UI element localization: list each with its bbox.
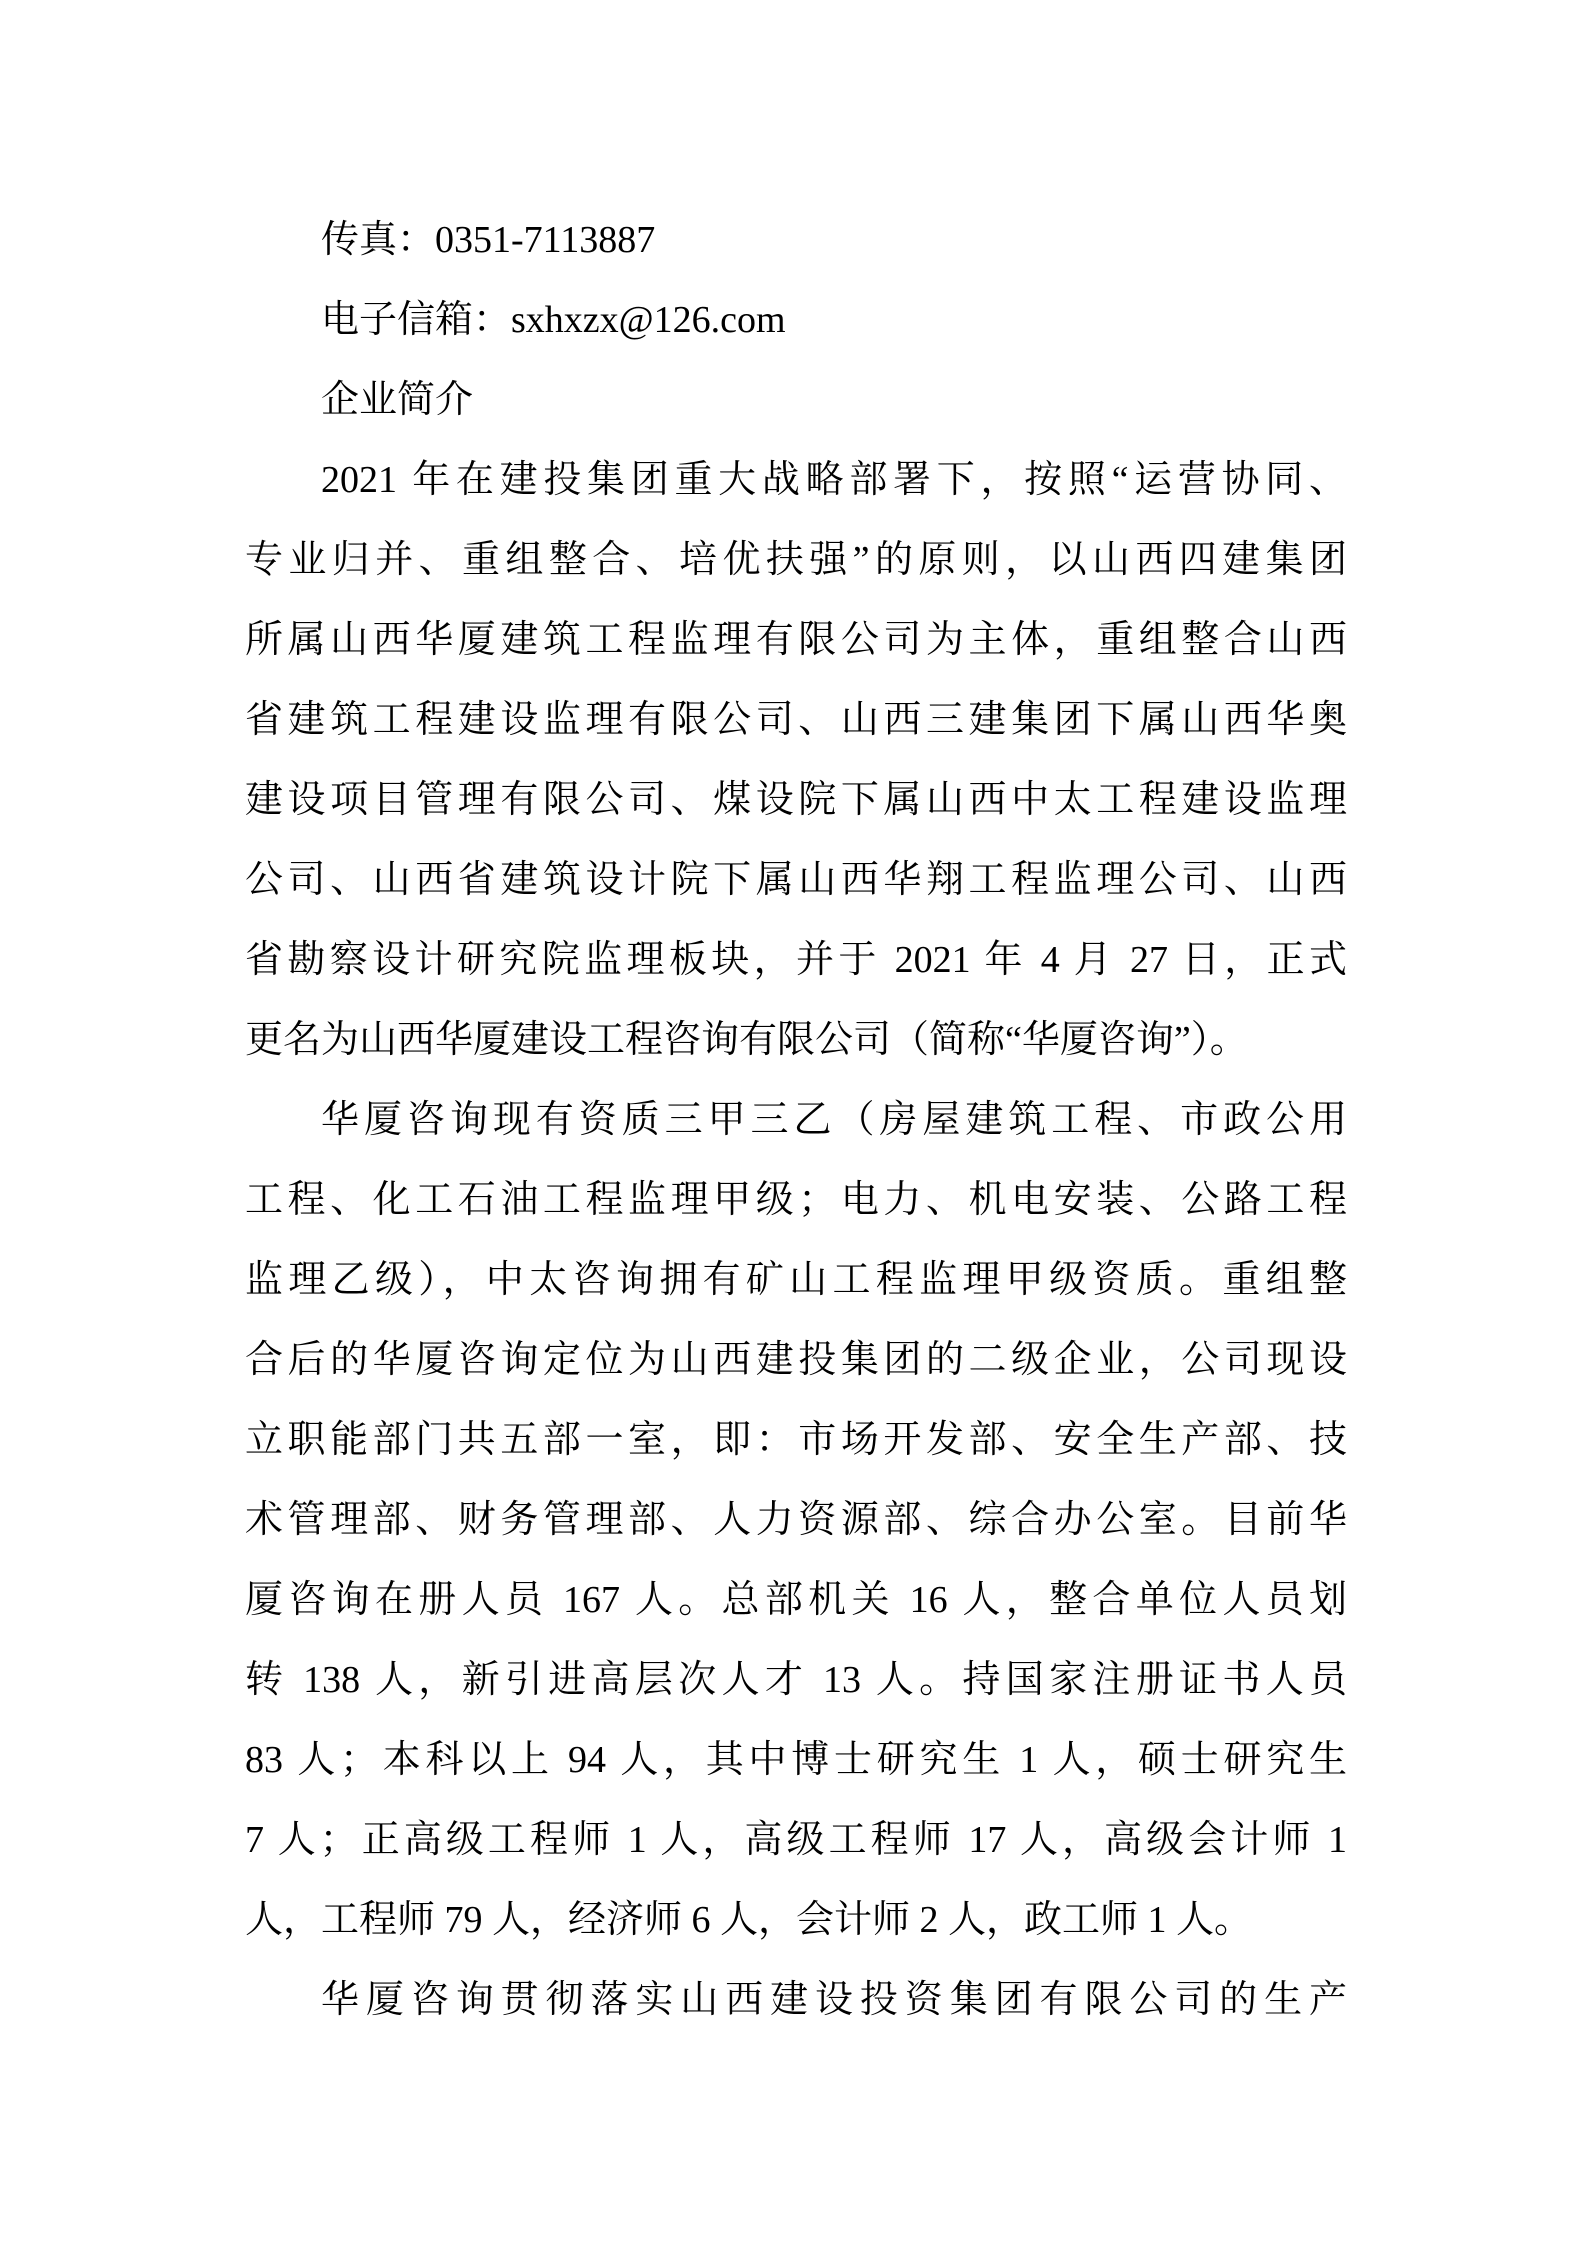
text-line: 省建筑工程建设监理有限公司、山西三建集团下属山西华奥	[245, 680, 1347, 760]
text-line: 转 138 人，新引进高层次人才 13 人。持国家注册证书人员	[245, 1640, 1347, 1720]
text-line: 所属山西华厦建筑工程监理有限公司为主体，重组整合山西	[245, 600, 1347, 680]
text-line: 厦咨询在册人员 167 人。总部机关 16 人，整合单位人员划	[245, 1560, 1347, 1640]
text-line: 7 人；正高级工程师 1 人，高级工程师 17 人，高级会计师 1	[245, 1800, 1347, 1880]
text-line: 省勘察设计研究院监理板块，并于 2021 年 4 月 27 日，正式	[245, 920, 1347, 1000]
text-line: 人，工程师 79 人，经济师 6 人，会计师 2 人，政工师 1 人。	[245, 1880, 1347, 1960]
text-line: 建设项目管理有限公司、煤设院下属山西中太工程建设监理	[245, 760, 1347, 840]
text-line: 传真：0351-7113887	[245, 200, 1347, 280]
text-line: 专业归并、重组整合、培优扶强”的原则，以山西四建集团	[245, 520, 1347, 600]
text-line: 术管理部、财务管理部、人力资源部、综合办公室。目前华	[245, 1480, 1347, 1560]
text-line: 立职能部门共五部一室，即：市场开发部、安全生产部、技	[245, 1400, 1347, 1480]
text-line: 华厦咨询现有资质三甲三乙（房屋建筑工程、市政公用	[245, 1080, 1347, 1160]
text-line: 监理乙级），中太咨询拥有矿山工程监理甲级资质。重组整	[245, 1240, 1347, 1320]
text-line: 公司、山西省建筑设计院下属山西华翔工程监理公司、山西	[245, 840, 1347, 920]
text-line: 2021 年在建投集团重大战略部署下，按照“运营协同、	[245, 440, 1347, 520]
document-page: 传真：0351-7113887电子信箱：sxhxzx@126.com企业简介20…	[0, 0, 1587, 2245]
text-line: 工程、化工石油工程监理甲级；电力、机电安装、公路工程	[245, 1160, 1347, 1240]
text-line: 企业简介	[245, 360, 1347, 440]
text-line: 更名为山西华厦建设工程咨询有限公司（简称“华厦咨询”）。	[245, 1000, 1347, 1080]
text-line: 电子信箱：sxhxzx@126.com	[245, 280, 1347, 360]
document-body: 传真：0351-7113887电子信箱：sxhxzx@126.com企业简介20…	[245, 200, 1347, 2040]
text-line: 83 人；本科以上 94 人，其中博士研究生 1 人，硕士研究生	[245, 1720, 1347, 1800]
text-line: 合后的华厦咨询定位为山西建投集团的二级企业，公司现设	[245, 1320, 1347, 1400]
text-line: 华厦咨询贯彻落实山西建设投资集团有限公司的生产	[245, 1960, 1347, 2040]
